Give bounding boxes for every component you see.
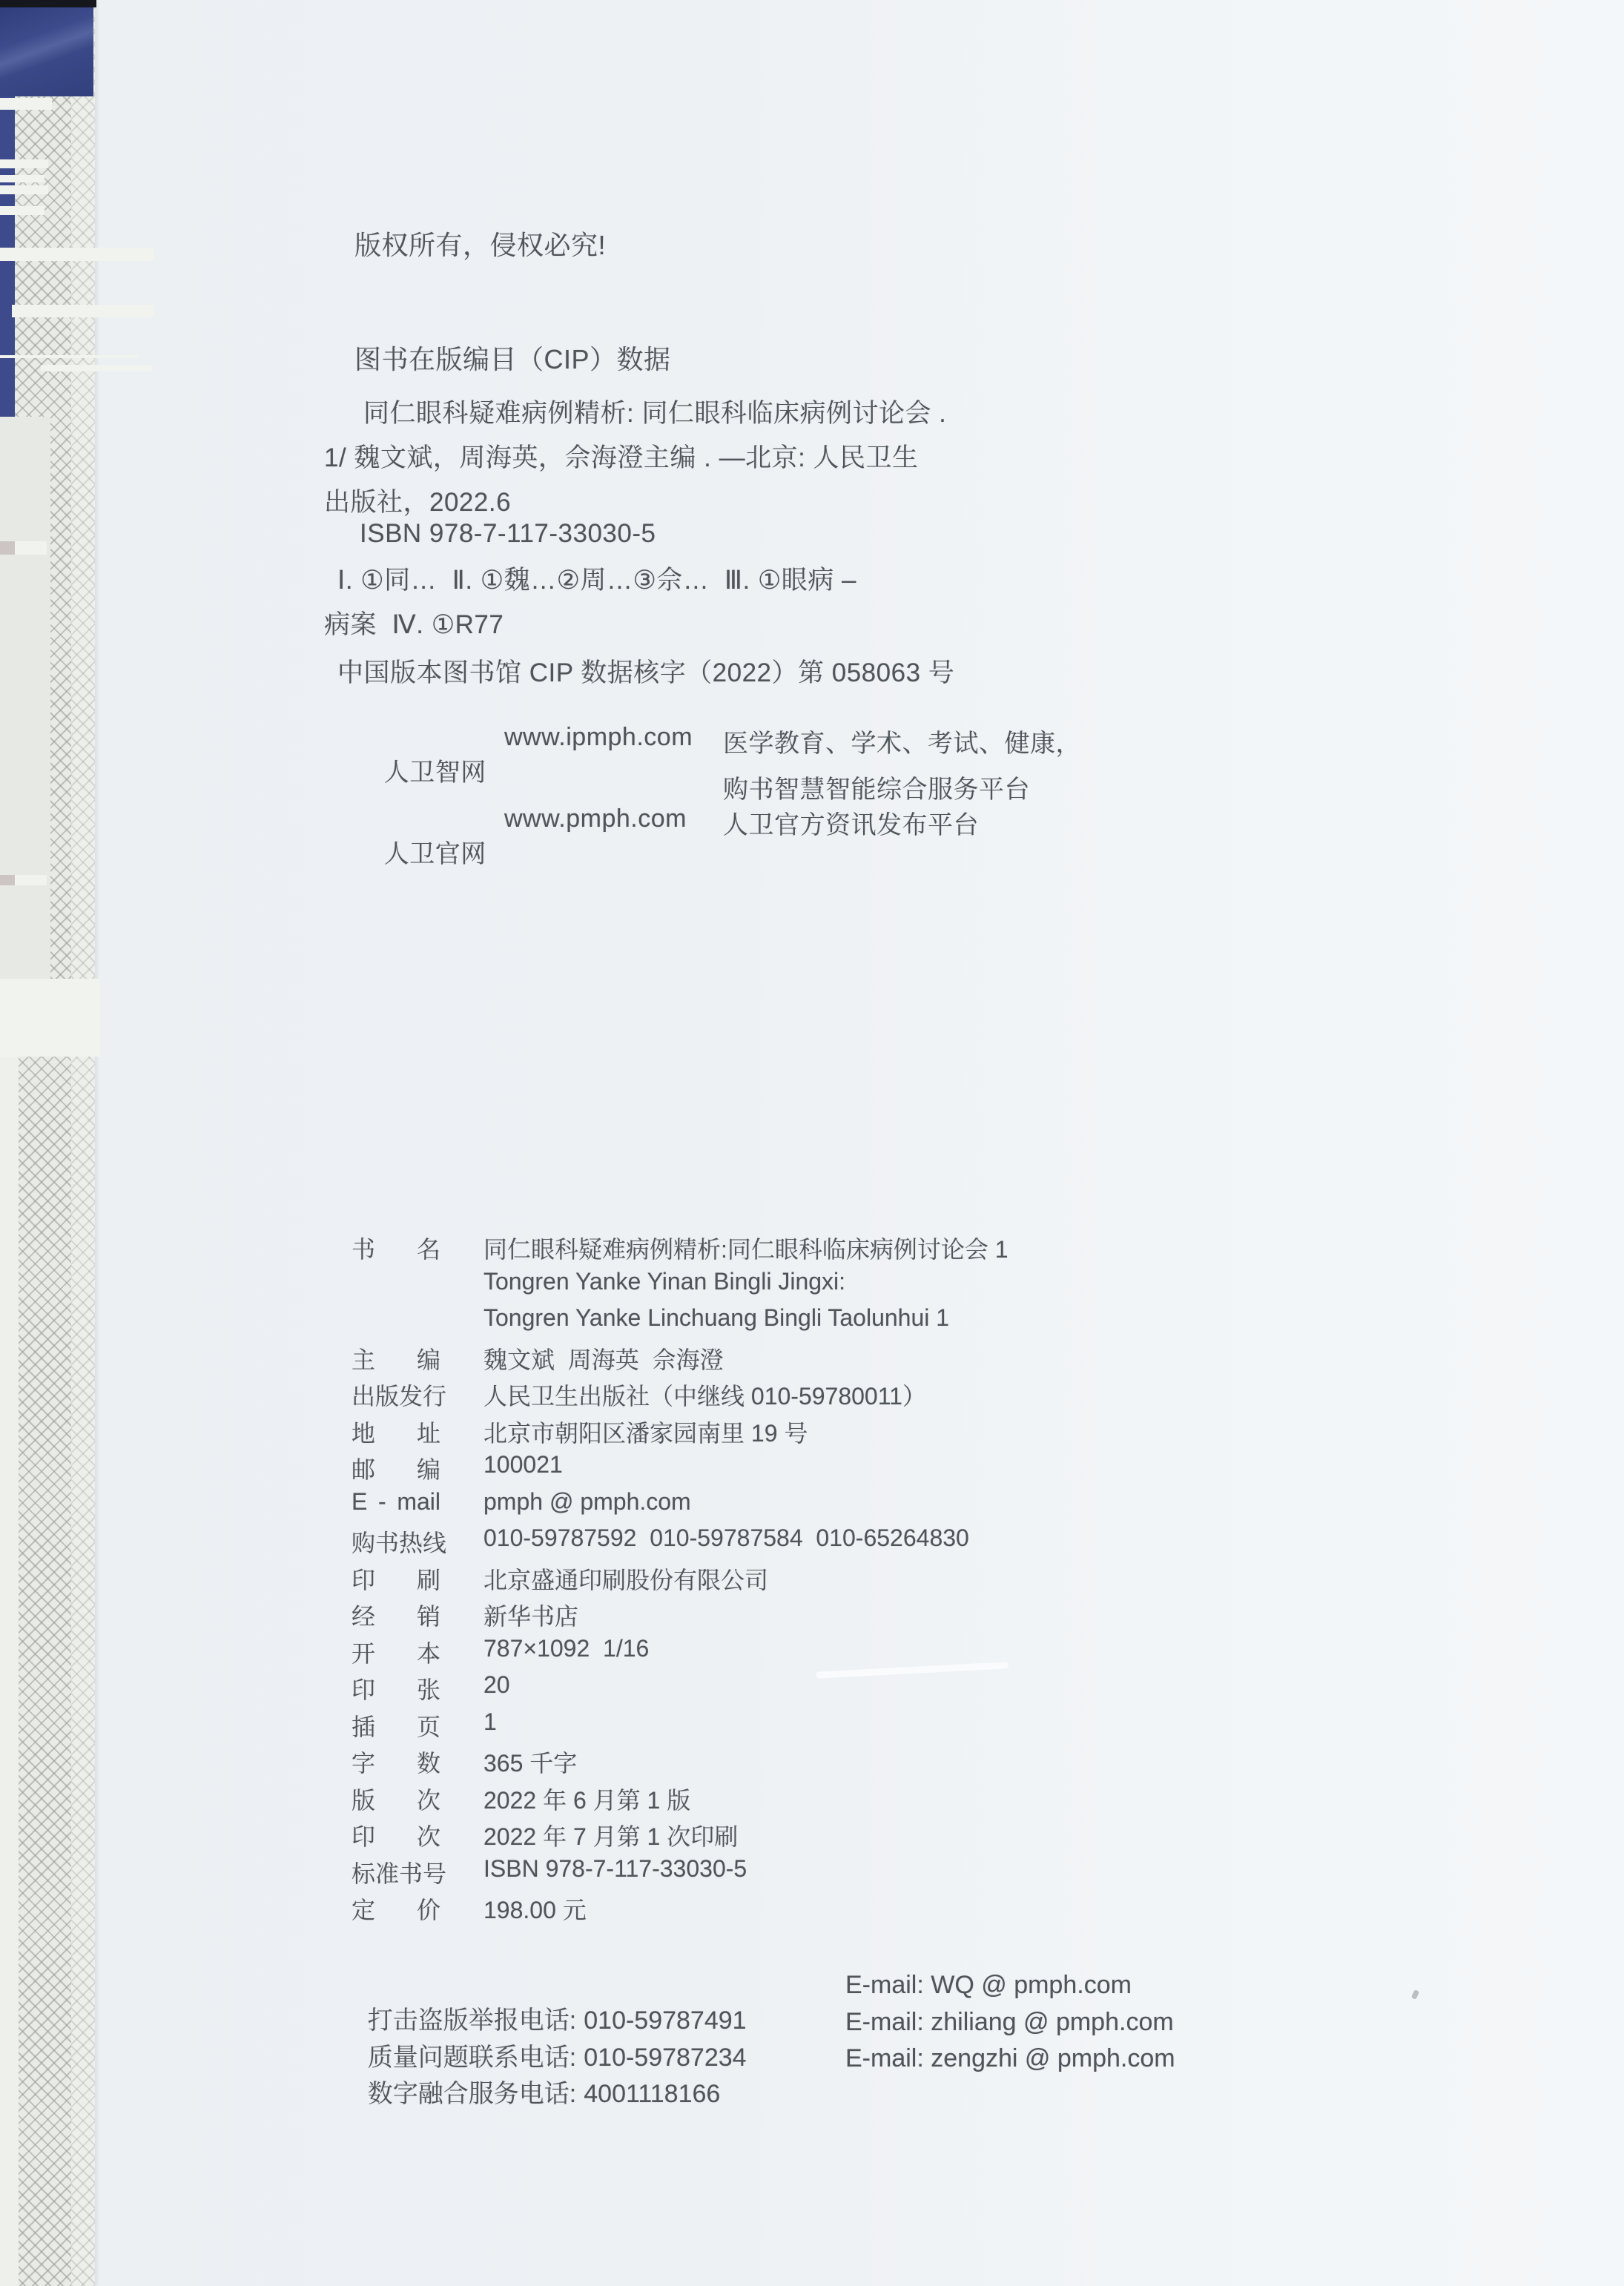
website-desc: 人卫官方资讯发布平台 (723, 805, 979, 841)
endpaper-flat-area (0, 417, 50, 979)
website-url: www.pmph.com (504, 805, 687, 833)
website-label: 人卫官网 (384, 840, 486, 868)
binding-gauze-texture (12, 0, 71, 2286)
colophon-row-email: E - mailpmph @ pmph.com (351, 1488, 440, 1516)
colophon-row-wordcount: 字数365 千字 (351, 1745, 440, 1779)
scan-speck (1411, 1989, 1419, 2000)
book-copyright-page: 版权所有，侵权必究! 图书在版编目（CIP）数据 同仁眼科疑难病例精析: 同仁眼… (0, 0, 1624, 2286)
colophon-row-title-pinyin-1: Tongren Yanke Yinan Bingli Jingxi: (351, 1268, 440, 1295)
hotline-row-digital: 数字融合服务电话:4001118166 E-mail: zengzhi @ pm… (340, 2044, 720, 2167)
scan-edge-black (0, 0, 96, 7)
website-url: www.ipmph.com (504, 723, 693, 752)
hotline-email: E-mail: zhiliang @ pmph.com (845, 2008, 1174, 2037)
binding-tape (0, 175, 44, 182)
colophon-row-printer: 印刷北京盛通印刷股份有限公司 (351, 1562, 440, 1596)
endpaper-flat-strip (0, 1057, 19, 2286)
binding-tape (0, 248, 154, 261)
cip-isbn-line: ISBN 978-7-117-33030-5 (360, 519, 656, 549)
binding-tape (0, 98, 52, 110)
colophon-row-inserts: 插页1 (351, 1708, 440, 1742)
cip-line-2: 1/ 魏文斌，周海英，佘海澄主编 . —北京: 人民卫生 (324, 437, 919, 475)
colophon-row-postcode: 邮编100021 (351, 1451, 440, 1485)
colophon-row-format: 开本787×1092 1/16 (351, 1635, 440, 1669)
copyright-notice: 版权所有，侵权必究! (354, 225, 606, 262)
colophon-row-title: 书名同仁眼科疑难病例精析:同仁眼科临床病例讨论会 1 (351, 1231, 440, 1265)
website-row-pmph: 人卫官网 www.pmph.com 人卫官方资讯发布平台 (354, 805, 486, 957)
binding-tape (15, 875, 47, 885)
binding-tape (0, 185, 48, 194)
endpaper-white-block (0, 979, 100, 1057)
cip-classification-line-1: Ⅰ. ①同… Ⅱ. ①魏…②周…③佘… Ⅲ. ①眼病 – (337, 560, 856, 597)
hotline-label: 数字融合服务电话: (368, 2080, 576, 2108)
website-desc-continued: 购书智慧智能综合服务平台 (723, 769, 1030, 805)
hotline-email: E-mail: WQ @ pmph.com (845, 1971, 1132, 2000)
binding-tape (0, 355, 139, 358)
binding-tape (0, 206, 44, 215)
cip-classification-line-2: 病案 Ⅳ. ①R77 (324, 604, 504, 641)
book-cover-corner (0, 4, 93, 96)
colophon-row-printing: 印次2022 年 7 月第 1 次印刷 (351, 1818, 440, 1852)
colophon-row-edition: 版次2022 年 6 月第 1 版 (351, 1782, 440, 1816)
binding-tape (0, 159, 48, 168)
cip-line-3: 出版社，2022.6 (324, 482, 511, 519)
colophon-row-price: 定价198.00 元 (351, 1892, 440, 1926)
cip-heading: 图书在版编目（CIP）数据 (354, 339, 671, 377)
binding-tape (12, 305, 154, 317)
scan-scratch (816, 1662, 1009, 1679)
cip-line-1: 同仁眼科疑难病例精析: 同仁眼科临床病例讨论会 . (363, 393, 946, 430)
colophon-row-address: 地址北京市朝阳区潘家园南里 19 号 (351, 1415, 440, 1449)
colophon-row-editors: 主编魏文斌 周海英 佘海澄 (351, 1341, 440, 1375)
colophon-row-title-pinyin-2: Tongren Yanke Linchuang Bingli Taolunhui… (351, 1304, 440, 1332)
colophon-row-publisher: 出版发行人民卫生出版社（中继线 010-59780011） (351, 1378, 440, 1412)
website-desc: 医学教育、学术、考试、健康， (723, 723, 1081, 759)
binding-tape-pink (0, 541, 15, 555)
hotline-email: E-mail: zengzhi @ pmph.com (845, 2044, 1175, 2073)
binding-tape (15, 541, 47, 555)
cip-registry-line: 中国版本图书馆 CIP 数据核字（2022）第 058063 号 (337, 653, 954, 690)
colophon-row-isbn: 标准书号ISBN 978-7-117-33030-5 (351, 1855, 440, 1889)
binding-tape-pink (0, 875, 15, 885)
binding-tape (41, 365, 152, 371)
hotline-phone: 4001118166 (584, 2080, 720, 2108)
colophon-row-hotline: 购书热线010-59787592 010-59787584 010-652648… (351, 1524, 440, 1559)
website-label: 人卫智网 (384, 759, 486, 787)
binding-gauze-texture-light (71, 0, 95, 2286)
colophon-row-distributor: 经销新华书店 (351, 1598, 440, 1632)
colophon-row-sheets: 印张20 (351, 1671, 440, 1705)
